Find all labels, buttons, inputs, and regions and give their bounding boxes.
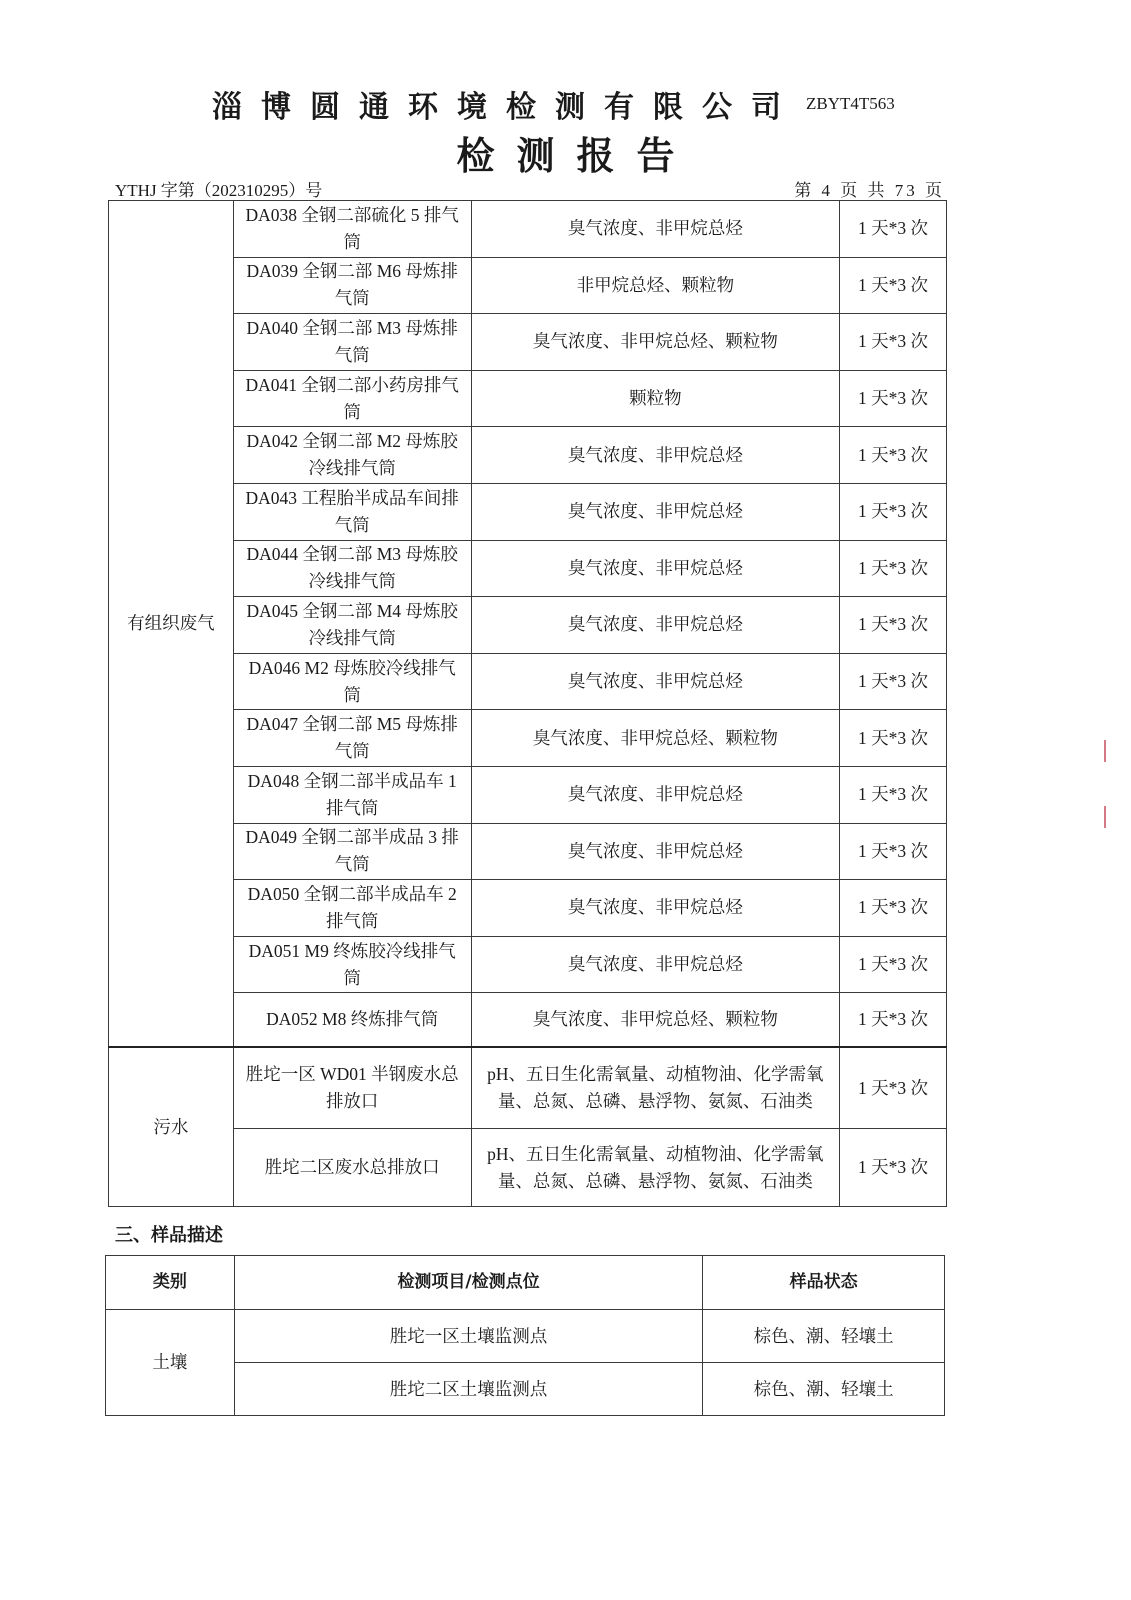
location-cell: DA039 全钢二部 M6 母炼排气筒 xyxy=(233,257,471,314)
frequency-cell: 1 天*3 次 xyxy=(840,427,947,484)
items-cell: 臭气浓度、非甲烷总烃 xyxy=(471,483,840,540)
location-cell: DA047 全钢二部 M5 母炼排气筒 xyxy=(233,710,471,767)
table-row: DA046 M2 母炼胶冷线排气筒 臭气浓度、非甲烷总烃 1 天*3 次 xyxy=(109,653,947,710)
location-cell: DA046 M2 母炼胶冷线排气筒 xyxy=(233,653,471,710)
table-row: DA040 全钢二部 M3 母炼排气筒 臭气浓度、非甲烷总烃、颗粒物 1 天*3… xyxy=(109,314,947,371)
table-row: DA044 全钢二部 M3 母炼胶冷线排气筒 臭气浓度、非甲烷总烃 1 天*3 … xyxy=(109,540,947,597)
page-indicator: 第 4 页 共 73 页 xyxy=(794,176,945,201)
column-header-category: 类别 xyxy=(106,1256,235,1310)
location-cell: DA048 全钢二部半成品车 1 排气筒 xyxy=(233,766,471,823)
frequency-cell: 1 天*3 次 xyxy=(840,936,947,993)
frequency-cell: 1 天*3 次 xyxy=(840,201,947,258)
location-cell: 胜坨二区废水总排放口 xyxy=(233,1129,471,1207)
items-cell: 臭气浓度、非甲烷总烃、颗粒物 xyxy=(471,993,840,1047)
frequency-cell: 1 天*3 次 xyxy=(840,1129,947,1207)
items-cell: 臭气浓度、非甲烷总烃 xyxy=(471,201,840,258)
point-cell: 胜坨一区土壤监测点 xyxy=(234,1310,702,1363)
items-cell: 非甲烷总烃、颗粒物 xyxy=(471,257,840,314)
section-heading-sample-description: 三、样品描述 xyxy=(115,1221,223,1247)
items-cell: 臭气浓度、非甲烷总烃 xyxy=(471,653,840,710)
state-cell: 棕色、潮、轻壤土 xyxy=(703,1310,945,1363)
frequency-cell: 1 天*3 次 xyxy=(840,880,947,937)
table-row: 土壤 胜坨一区土壤监测点 棕色、潮、轻壤土 xyxy=(106,1310,945,1363)
frequency-cell: 1 天*3 次 xyxy=(840,710,947,767)
items-cell: 颗粒物 xyxy=(471,370,840,427)
category-cell: 土壤 xyxy=(106,1310,235,1416)
document-code: ZBYT4T563 xyxy=(806,94,895,114)
frequency-cell: 1 天*3 次 xyxy=(840,993,947,1047)
table-row: DA052 M8 终炼排气筒 臭气浓度、非甲烷总烃、颗粒物 1 天*3 次 xyxy=(109,993,947,1047)
frequency-cell: 1 天*3 次 xyxy=(840,314,947,371)
frequency-cell: 1 天*3 次 xyxy=(840,766,947,823)
location-cell: DA038 全钢二部硫化 5 排气筒 xyxy=(233,201,471,258)
column-header-point: 检测项目/检测点位 xyxy=(234,1256,702,1310)
items-cell: pH、五日生化需氧量、动植物油、化学需氧量、总氮、总磷、悬浮物、氨氮、石油类 xyxy=(471,1047,840,1129)
items-cell: 臭气浓度、非甲烷总烃 xyxy=(471,540,840,597)
frequency-cell: 1 天*3 次 xyxy=(840,653,947,710)
company-name: 淄博圆通环境检测有限公司 xyxy=(212,82,800,126)
frequency-cell: 1 天*3 次 xyxy=(840,257,947,314)
table-row: DA049 全钢二部半成品 3 排气筒 臭气浓度、非甲烷总烃 1 天*3 次 xyxy=(109,823,947,880)
state-cell: 棕色、潮、轻壤土 xyxy=(703,1363,945,1416)
location-cell: DA043 工程胎半成品车间排气筒 xyxy=(233,483,471,540)
table-row: DA051 M9 终炼胶冷线排气筒 臭气浓度、非甲烷总烃 1 天*3 次 xyxy=(109,936,947,993)
table-row: DA042 全钢二部 M2 母炼胶冷线排气筒 臭气浓度、非甲烷总烃 1 天*3 … xyxy=(109,427,947,484)
items-cell: 臭气浓度、非甲烷总烃 xyxy=(471,936,840,993)
items-cell: 臭气浓度、非甲烷总烃、颗粒物 xyxy=(471,710,840,767)
items-cell: 臭气浓度、非甲烷总烃 xyxy=(471,823,840,880)
location-cell: DA052 M8 终炼排气筒 xyxy=(233,993,471,1047)
monitoring-table: 有组织废气 DA038 全钢二部硫化 5 排气筒 臭气浓度、非甲烷总烃 1 天*… xyxy=(108,200,947,1207)
frequency-cell: 1 天*3 次 xyxy=(840,370,947,427)
table-row: 胜坨二区废水总排放口 pH、五日生化需氧量、动植物油、化学需氧量、总氮、总磷、悬… xyxy=(109,1129,947,1207)
table-row: DA043 工程胎半成品车间排气筒 臭气浓度、非甲烷总烃 1 天*3 次 xyxy=(109,483,947,540)
items-cell: 臭气浓度、非甲烷总烃 xyxy=(471,597,840,654)
report-title: 检测报告 xyxy=(0,125,1131,180)
location-cell: DA044 全钢二部 M3 母炼胶冷线排气筒 xyxy=(233,540,471,597)
items-cell: 臭气浓度、非甲烷总烃 xyxy=(471,766,840,823)
location-cell: DA051 M9 终炼胶冷线排气筒 xyxy=(233,936,471,993)
frequency-cell: 1 天*3 次 xyxy=(840,540,947,597)
category-cell: 污水 xyxy=(109,1047,234,1207)
items-cell: 臭气浓度、非甲烷总烃 xyxy=(471,427,840,484)
table-header-row: 类别 检测项目/检测点位 样品状态 xyxy=(106,1256,945,1310)
location-cell: DA042 全钢二部 M2 母炼胶冷线排气筒 xyxy=(233,427,471,484)
location-cell: DA049 全钢二部半成品 3 排气筒 xyxy=(233,823,471,880)
report-number: YTHJ 字第（202310295）号 xyxy=(115,176,322,201)
location-cell: DA050 全钢二部半成品车 2 排气筒 xyxy=(233,880,471,937)
category-cell: 有组织废气 xyxy=(109,201,234,1047)
table-row: 污水 胜坨一区 WD01 半钢废水总排放口 pH、五日生化需氧量、动植物油、化学… xyxy=(109,1047,947,1129)
frequency-cell: 1 天*3 次 xyxy=(840,483,947,540)
frequency-cell: 1 天*3 次 xyxy=(840,597,947,654)
edge-mark xyxy=(1104,806,1106,828)
items-cell: 臭气浓度、非甲烷总烃、颗粒物 xyxy=(471,314,840,371)
table-row: DA048 全钢二部半成品车 1 排气筒 臭气浓度、非甲烷总烃 1 天*3 次 xyxy=(109,766,947,823)
location-cell: DA041 全钢二部小药房排气筒 xyxy=(233,370,471,427)
point-cell: 胜坨二区土壤监测点 xyxy=(234,1363,702,1416)
sample-description-table: 类别 检测项目/检测点位 样品状态 土壤 胜坨一区土壤监测点 棕色、潮、轻壤土 … xyxy=(105,1255,945,1416)
frequency-cell: 1 天*3 次 xyxy=(840,823,947,880)
location-cell: 胜坨一区 WD01 半钢废水总排放口 xyxy=(233,1047,471,1129)
location-cell: DA045 全钢二部 M4 母炼胶冷线排气筒 xyxy=(233,597,471,654)
location-cell: DA040 全钢二部 M3 母炼排气筒 xyxy=(233,314,471,371)
table-row: DA045 全钢二部 M4 母炼胶冷线排气筒 臭气浓度、非甲烷总烃 1 天*3 … xyxy=(109,597,947,654)
column-header-state: 样品状态 xyxy=(703,1256,945,1310)
table-row: DA041 全钢二部小药房排气筒 颗粒物 1 天*3 次 xyxy=(109,370,947,427)
items-cell: 臭气浓度、非甲烷总烃 xyxy=(471,880,840,937)
items-cell: pH、五日生化需氧量、动植物油、化学需氧量、总氮、总磷、悬浮物、氨氮、石油类 xyxy=(471,1129,840,1207)
table-row: DA047 全钢二部 M5 母炼排气筒 臭气浓度、非甲烷总烃、颗粒物 1 天*3… xyxy=(109,710,947,767)
edge-mark xyxy=(1104,740,1106,762)
table-row: DA039 全钢二部 M6 母炼排气筒 非甲烷总烃、颗粒物 1 天*3 次 xyxy=(109,257,947,314)
frequency-cell: 1 天*3 次 xyxy=(840,1047,947,1129)
table-row: DA050 全钢二部半成品车 2 排气筒 臭气浓度、非甲烷总烃 1 天*3 次 xyxy=(109,880,947,937)
table-row: 有组织废气 DA038 全钢二部硫化 5 排气筒 臭气浓度、非甲烷总烃 1 天*… xyxy=(109,201,947,258)
